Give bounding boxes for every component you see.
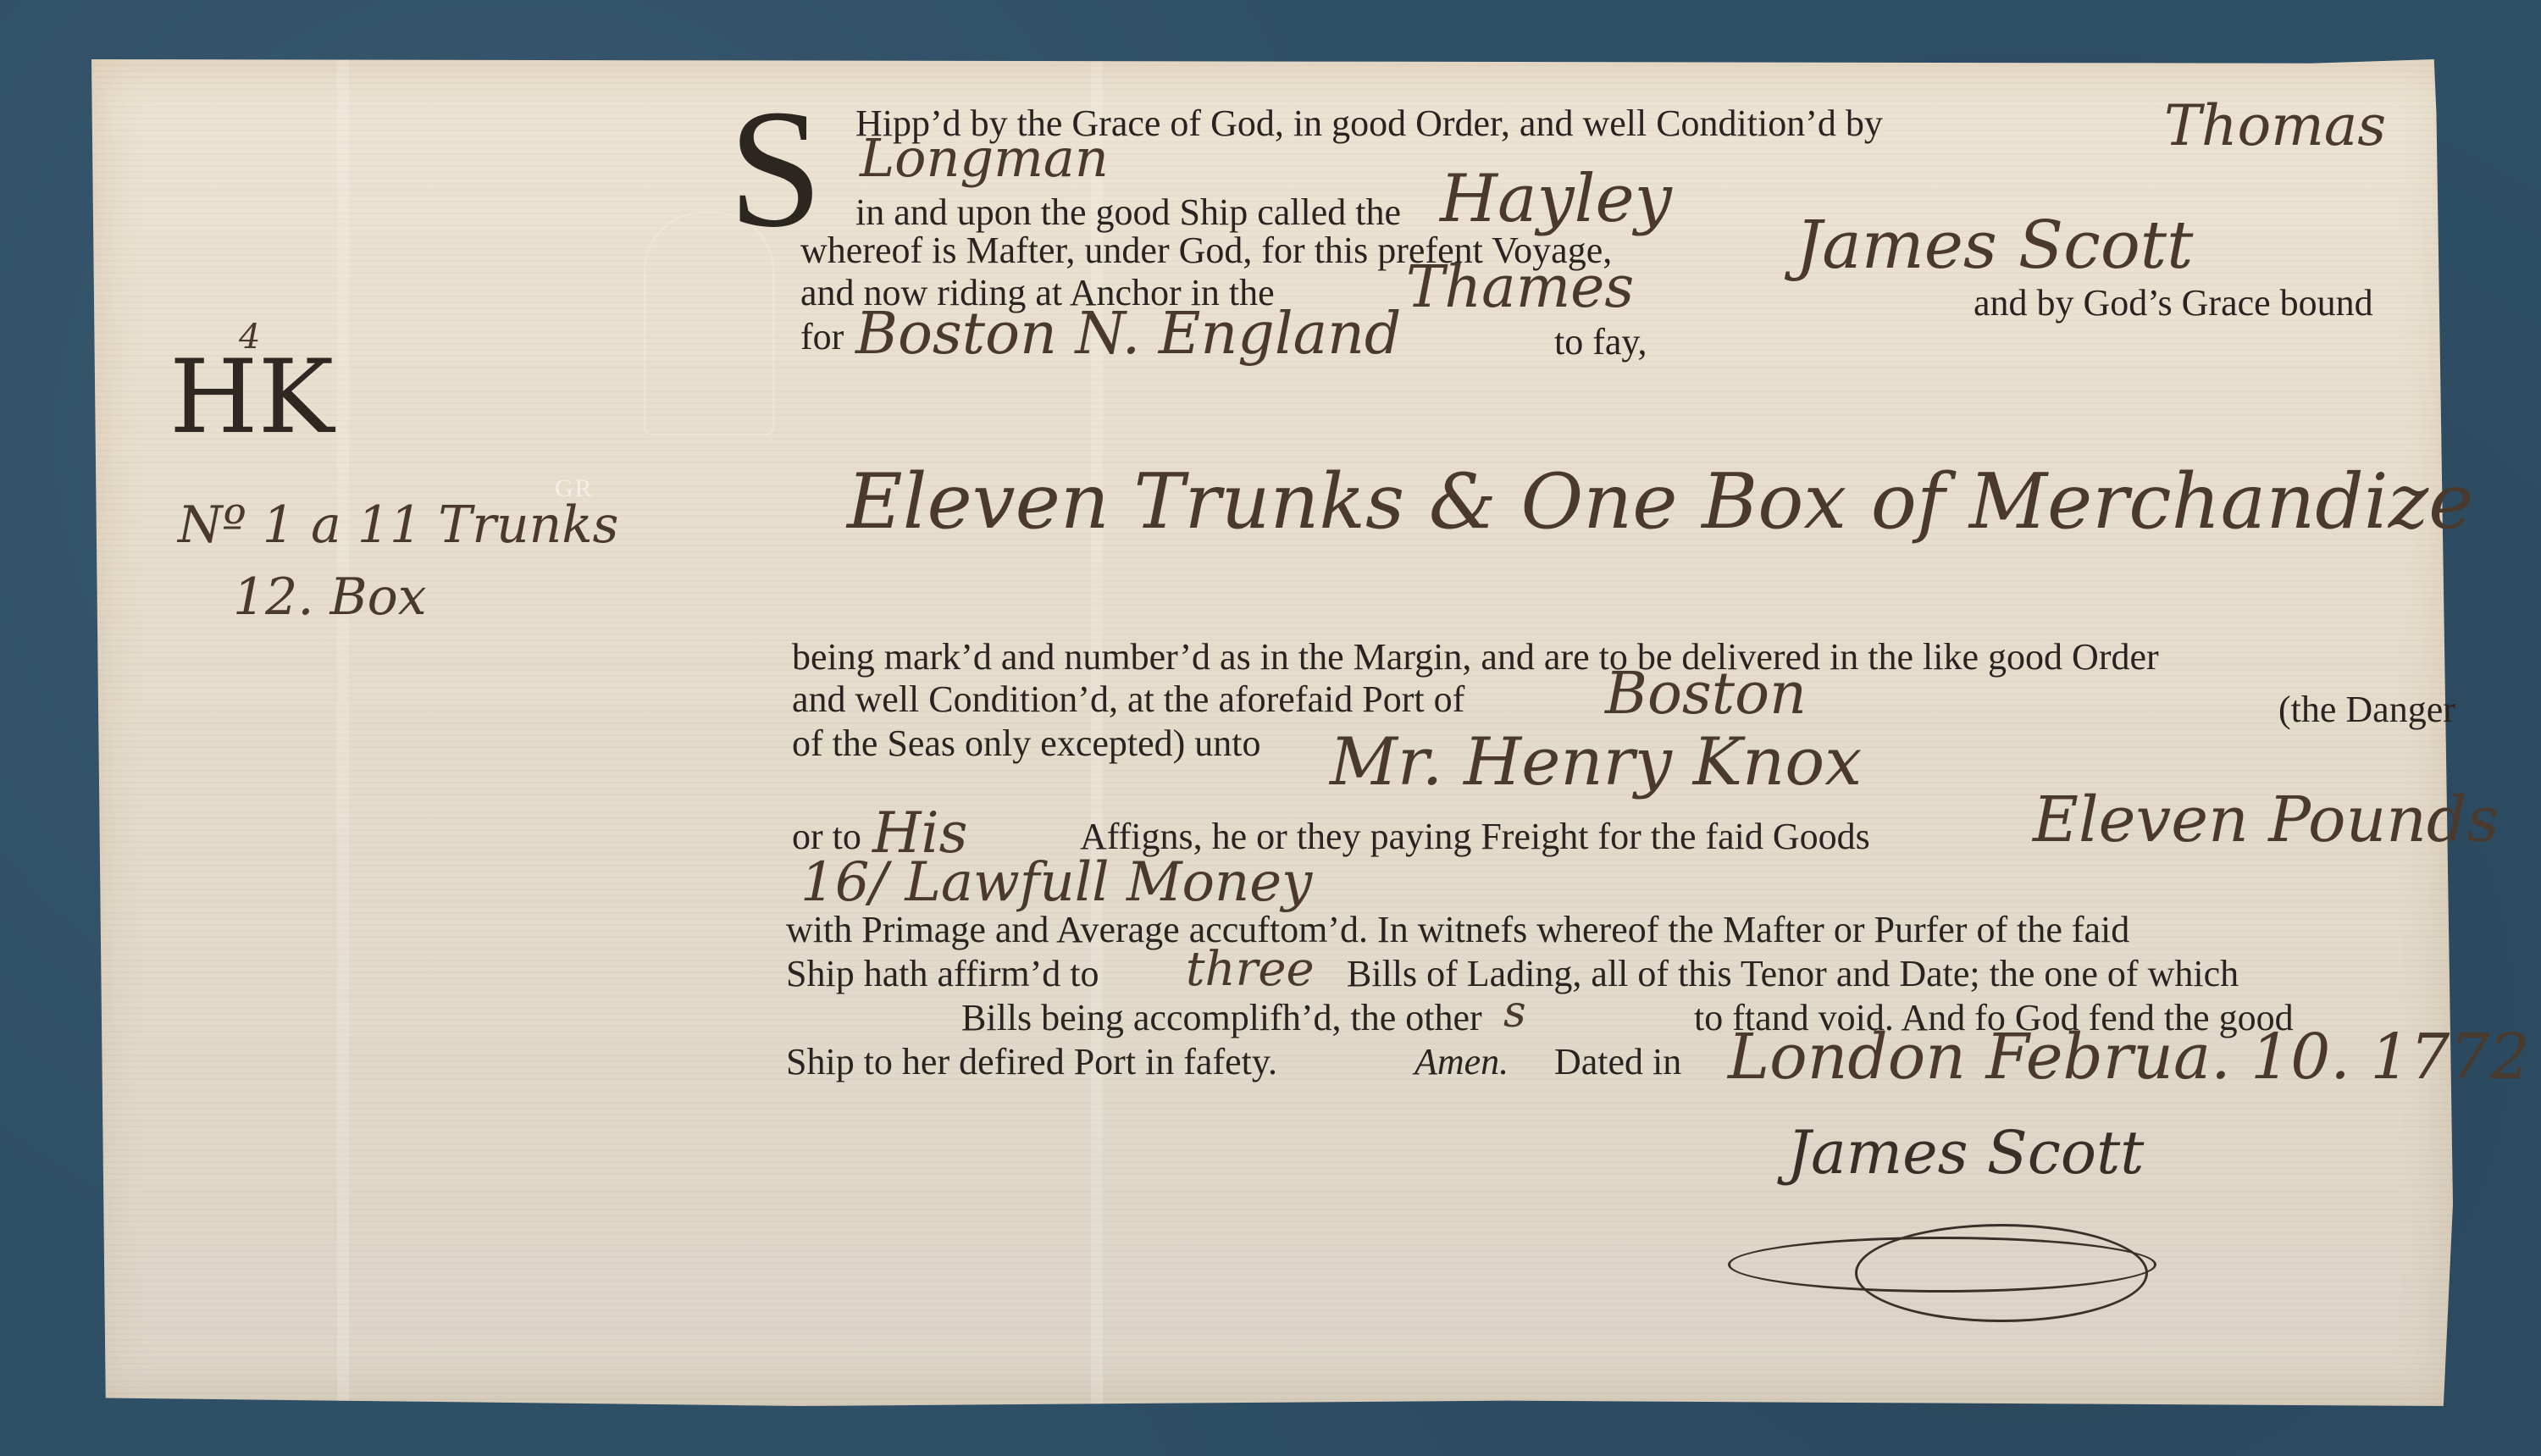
printed-line-6: being mark’d and number’d as in the Marg… [792, 635, 2159, 678]
printed-line-4b: and by God’s Grace bound [1974, 281, 2373, 324]
others-suffix: s [1503, 987, 1526, 1038]
amen: Amen. [1414, 1040, 1509, 1083]
shipper-first-name: Thomas [2164, 93, 2386, 158]
bills-count: three [1186, 942, 1315, 997]
shipper-last-name: Longman [860, 127, 1109, 189]
date-place: London Februa. 10. 1772 [1728, 1021, 2530, 1093]
freight-amount-cont: 16/ Lawfull Money [800, 851, 1312, 914]
merchant-mark-number: 4 [239, 318, 260, 357]
master-name: James Scott [1796, 208, 2194, 284]
consignee-name: Mr. Henry Knox [1330, 724, 1862, 800]
printed-line-7: and well Condition’d, at the aforefaid P… [792, 678, 1464, 721]
master-signature: James Scott [1787, 1118, 2144, 1187]
margin-trunks-note: Nº 1 a 11 Trunks [178, 495, 618, 555]
printed-line-11: with Primage and Average accuftom’d. In … [786, 908, 2129, 951]
printed-line-12b: Bills of Lading, all of this Tenor and D… [1347, 952, 2239, 995]
goods-description: Eleven Trunks & One Box of Merchandize [847, 457, 2473, 546]
printed-line-5a: for [800, 315, 844, 358]
printed-line-2: in and upon the good Ship called the [855, 191, 1401, 234]
printed-line-12a: Ship hath affirm’d to [786, 952, 1099, 995]
printed-line-14a: Ship to her defired Port in fafety. [786, 1040, 1277, 1083]
freight-amount: Eleven Pounds [2033, 783, 2499, 856]
printed-line-14b: Dated in [1554, 1040, 1681, 1083]
fold-crease [337, 59, 349, 1406]
delivery-port: Boston [1605, 661, 1807, 728]
destination: Boston N. England [855, 301, 1401, 368]
printed-line-8: of the Seas only excepted) unto [792, 722, 1261, 765]
ship-name: Hayley [1440, 161, 1672, 237]
signature-flourish-loop [1855, 1224, 2148, 1322]
printed-line-13a: Bills being accomplifh’d, the other [961, 996, 1482, 1039]
margin-box-note: 12. Box [233, 567, 427, 627]
printed-line-7b: (the Danger [2278, 688, 2455, 731]
anchorage: Thames [1406, 254, 1634, 321]
printed-line-5b: to fay, [1554, 320, 1647, 363]
